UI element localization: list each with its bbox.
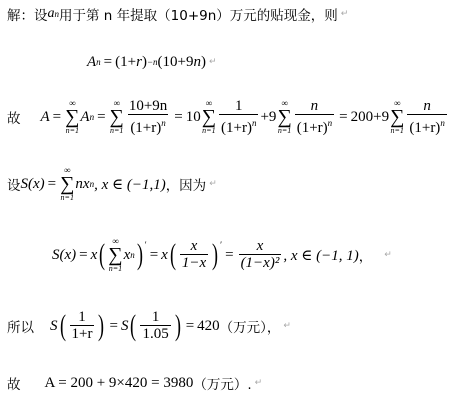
An-symbol: A [80, 109, 89, 126]
den-base: (1+r) [409, 120, 440, 136]
equals-sign: = [48, 176, 56, 193]
sigma-icon: ∑ [110, 108, 124, 126]
define-suffix: ，因为 [166, 174, 207, 194]
unit-wan-yuan: （万元）， [220, 316, 281, 336]
final-answer: 故 A = 200 + 9×420 = 3980 （万元）. ↵ [7, 373, 262, 393]
fraction-numerator: 1 [76, 309, 88, 325]
S-symbol: S [50, 318, 58, 335]
fraction-numerator: n [309, 98, 321, 114]
An-symbol: A [87, 54, 96, 71]
equals-sign: = [186, 318, 194, 335]
paragraph-mark-icon: ↵ [209, 57, 217, 67]
left-paren: ( [99, 240, 105, 270]
den-base: (1+r) [130, 120, 161, 136]
sum-operator: ∞ ∑ n=1 [108, 237, 122, 273]
fraction-denominator: (1+r)n [295, 114, 334, 137]
term-nx: nx [75, 176, 89, 193]
equals-sign: = [339, 109, 347, 126]
prime: ′ [220, 240, 222, 250]
x-factor: x [161, 247, 168, 264]
derivation-suffix: ， [359, 245, 373, 265]
left-paren: ( [60, 311, 66, 341]
fraction-numerator: 1 [150, 309, 162, 325]
paragraph-mark-icon: ↵ [283, 321, 291, 331]
fraction-numerator: x [189, 238, 200, 254]
An-sub: n [90, 112, 95, 122]
equals-sign: = [109, 318, 117, 335]
fraction-denominator: 1.05 [140, 325, 170, 343]
equals-sign: = [150, 247, 158, 264]
setup-prefix: 解：设 [7, 4, 48, 24]
den-base: (1+r) [221, 120, 252, 136]
sigma-icon: ∑ [277, 108, 291, 126]
equals-sign: = [53, 109, 61, 126]
label-therefore: 故 [7, 373, 21, 393]
sum-lower: n=1 [109, 264, 122, 273]
fraction: 1 1+r [70, 309, 95, 343]
var-a-n: an [48, 6, 60, 22]
x-factor: x [91, 247, 98, 264]
fraction: 10+9n (1+r)n [127, 98, 169, 137]
line-problem-setup: 解：设 an 用于第 n 年提取（10+9n）万元的贴现金，则 ↵ [7, 5, 348, 23]
sum-exp: n [130, 250, 135, 260]
sum-term: x [124, 247, 131, 264]
var-n: n [194, 54, 202, 71]
sum-operator: ∞ ∑ n=1 [390, 99, 404, 135]
sigma-icon: ∑ [60, 175, 74, 193]
evaluate-S-body: S ( 1 1+r ) = S ( 1 1.05 ) = 420 [50, 309, 220, 343]
equation-S-derivation: S(x) = x ( ∞ ∑ n=1 xn )′ = x ( x 1−x )′ … [52, 233, 392, 277]
den-exp: n [440, 118, 445, 128]
derivation-body: S(x) = x ( ∞ ∑ n=1 xn )′ = x ( x 1−x )′ … [52, 237, 359, 273]
fraction-denominator: (1+r)n [128, 114, 167, 137]
sum-lower: n=1 [110, 126, 123, 135]
right-paren: ) [98, 311, 104, 341]
sigma-icon: ∑ [202, 108, 216, 126]
define-S: 设 S(x) = ∞ ∑ n=1 nxn , x ∈ (−1,1) ，因为 ↵ [7, 166, 217, 202]
sum-operator: ∞ ∑ n=1 [202, 99, 216, 135]
exponent: −n [147, 57, 158, 67]
var-a: a [48, 6, 55, 22]
coef-10: 10 [186, 109, 201, 126]
define-S-body: S(x) = ∞ ∑ n=1 nxn , x ∈ (−1,1) [21, 166, 166, 202]
fraction-numerator: 1 [233, 98, 245, 114]
den-base: (1+r) [297, 120, 328, 136]
sum-operator: ∞ ∑ n=1 [60, 166, 74, 202]
fraction-numerator: n [421, 98, 433, 114]
fraction: n (1+r)n [407, 98, 446, 137]
unit-wan-yuan: （万元）. [193, 373, 251, 393]
equation-A-body: A = ∞ ∑ n=1 An = ∞ ∑ n=1 10+9n (1+r)n = … [41, 98, 449, 137]
sum-operator: ∞ ∑ n=1 [110, 99, 124, 135]
fraction-denominator: (1−x)² [239, 254, 282, 272]
fraction: x (1−x)² [239, 238, 282, 272]
equation-A-sum: 故 A = ∞ ∑ n=1 An = ∞ ∑ n=1 10+9n (1+r)n … [7, 95, 449, 139]
paragraph-mark-icon: ↵ [341, 9, 349, 19]
den-exp: n [252, 118, 257, 128]
value-200-plus-9: 200+9 [351, 109, 389, 126]
label-therefore: 故 [7, 107, 21, 127]
fraction-denominator: (1+r)n [219, 114, 258, 137]
final-expression: A = 200 + 9×420 = 3980 [45, 375, 194, 392]
sum-lower: n=1 [278, 126, 291, 135]
fraction-denominator: 1−x [180, 254, 208, 272]
sigma-icon: ∑ [108, 246, 122, 264]
fraction: 1 1.05 [140, 309, 170, 343]
S-of-x: S(x) [21, 176, 45, 193]
sigma-icon: ∑ [390, 108, 404, 126]
sum-operator: ∞ ∑ n=1 [65, 99, 79, 135]
right-paren: ) [175, 311, 181, 341]
fraction: n (1+r)n [295, 98, 334, 137]
fraction-numerator: 10+9n [127, 98, 169, 114]
left-paren: ( [130, 311, 136, 341]
equals-sign: = [174, 109, 182, 126]
equals-sign: = [225, 247, 233, 264]
paragraph-mark-icon: ↵ [384, 250, 392, 260]
fraction: 1 (1+r)n [219, 98, 258, 137]
evaluate-S: 所以 S ( 1 1+r ) = S ( 1 1.05 ) = 420 （万元）… [7, 307, 291, 345]
tail-open: (10+9 [158, 54, 194, 71]
setup-text: 用于第 n 年提取（10+9n）万元的贴现金，则 [59, 4, 338, 24]
tail-close: ) [201, 54, 206, 71]
domain: , x ∈ (−1, 1) [283, 246, 358, 265]
equals-sign: = [97, 109, 105, 126]
fraction-denominator: 1+r [70, 325, 95, 343]
equation-An-body: An = (1+r)−n (10+9n) [87, 54, 206, 71]
sum-lower: n=1 [61, 193, 74, 202]
S-symbol: S [121, 318, 129, 335]
base-open: (1+ [115, 54, 136, 71]
domain: , x ∈ (−1,1) [94, 175, 166, 194]
fraction-numerator: x [255, 238, 266, 254]
fraction-denominator: (1+r)n [407, 114, 446, 137]
equals-sign: = [104, 54, 112, 71]
equals-sign: = [79, 247, 87, 264]
equation-An: An = (1+r)−n (10+9n) ↵ [87, 50, 217, 74]
left-paren: ( [170, 240, 176, 270]
A-symbol: A [41, 109, 50, 126]
fraction: x 1−x [180, 238, 208, 272]
plus-9: +9 [260, 109, 276, 126]
An-sub: n [96, 57, 101, 67]
paragraph-mark-icon: ↵ [209, 179, 217, 189]
prime: ′ [145, 240, 147, 250]
sum-lower: n=1 [66, 126, 79, 135]
sum-operator: ∞ ∑ n=1 [277, 99, 291, 135]
label-so: 所以 [7, 316, 34, 336]
sum-lower: n=1 [391, 126, 404, 135]
right-paren: ) [137, 240, 143, 270]
den-exp: n [161, 118, 166, 128]
den-exp: n [328, 118, 333, 128]
sum-lower: n=1 [202, 126, 215, 135]
value-420: 420 [197, 318, 220, 335]
paragraph-mark-icon: ↵ [255, 378, 263, 388]
S-of-x: S(x) [52, 247, 76, 264]
define-prefix: 设 [7, 174, 21, 194]
sigma-icon: ∑ [65, 108, 79, 126]
right-paren: ) [212, 240, 218, 270]
